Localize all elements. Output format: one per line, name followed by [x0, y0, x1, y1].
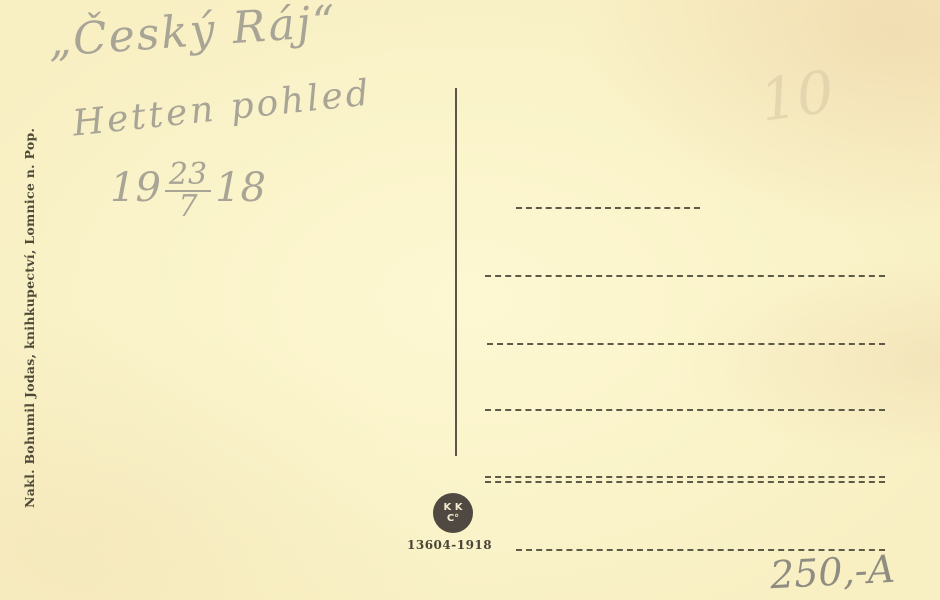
- handwritten-date: 1923718: [110, 160, 266, 222]
- faint-pencil-mark: 10: [756, 57, 839, 135]
- date-prefix: 19: [110, 165, 161, 211]
- handwritten-subtitle: Hetten pohled: [71, 72, 374, 144]
- address-line-4: [485, 409, 885, 411]
- address-line-3: [487, 343, 885, 345]
- publisher-imprint: Nakl. Bohumil Jodas, knihkupectví, Lomni…: [22, 128, 37, 508]
- postcard-back: Nakl. Bohumil Jodas, knihkupectví, Lomni…: [0, 0, 940, 600]
- address-line-2: [485, 275, 885, 277]
- date-fraction: 237: [165, 160, 211, 222]
- address-line-1: [516, 207, 700, 209]
- print-number: 13604-1918: [407, 538, 492, 552]
- handwritten-catalog-code: 250,-A: [769, 547, 896, 597]
- date-month: 7: [165, 192, 211, 222]
- logo-line-2: C°: [447, 513, 459, 524]
- message-address-divider: [455, 88, 457, 456]
- handwritten-title: „Český Ráj“: [47, 0, 339, 67]
- address-line-5a: [485, 476, 885, 478]
- date-suffix: 18: [215, 165, 266, 211]
- date-day: 23: [165, 160, 211, 192]
- publisher-logo-icon: K K C°: [433, 493, 473, 533]
- address-line-5b: [485, 481, 885, 483]
- logo-line-1: K K: [444, 502, 463, 513]
